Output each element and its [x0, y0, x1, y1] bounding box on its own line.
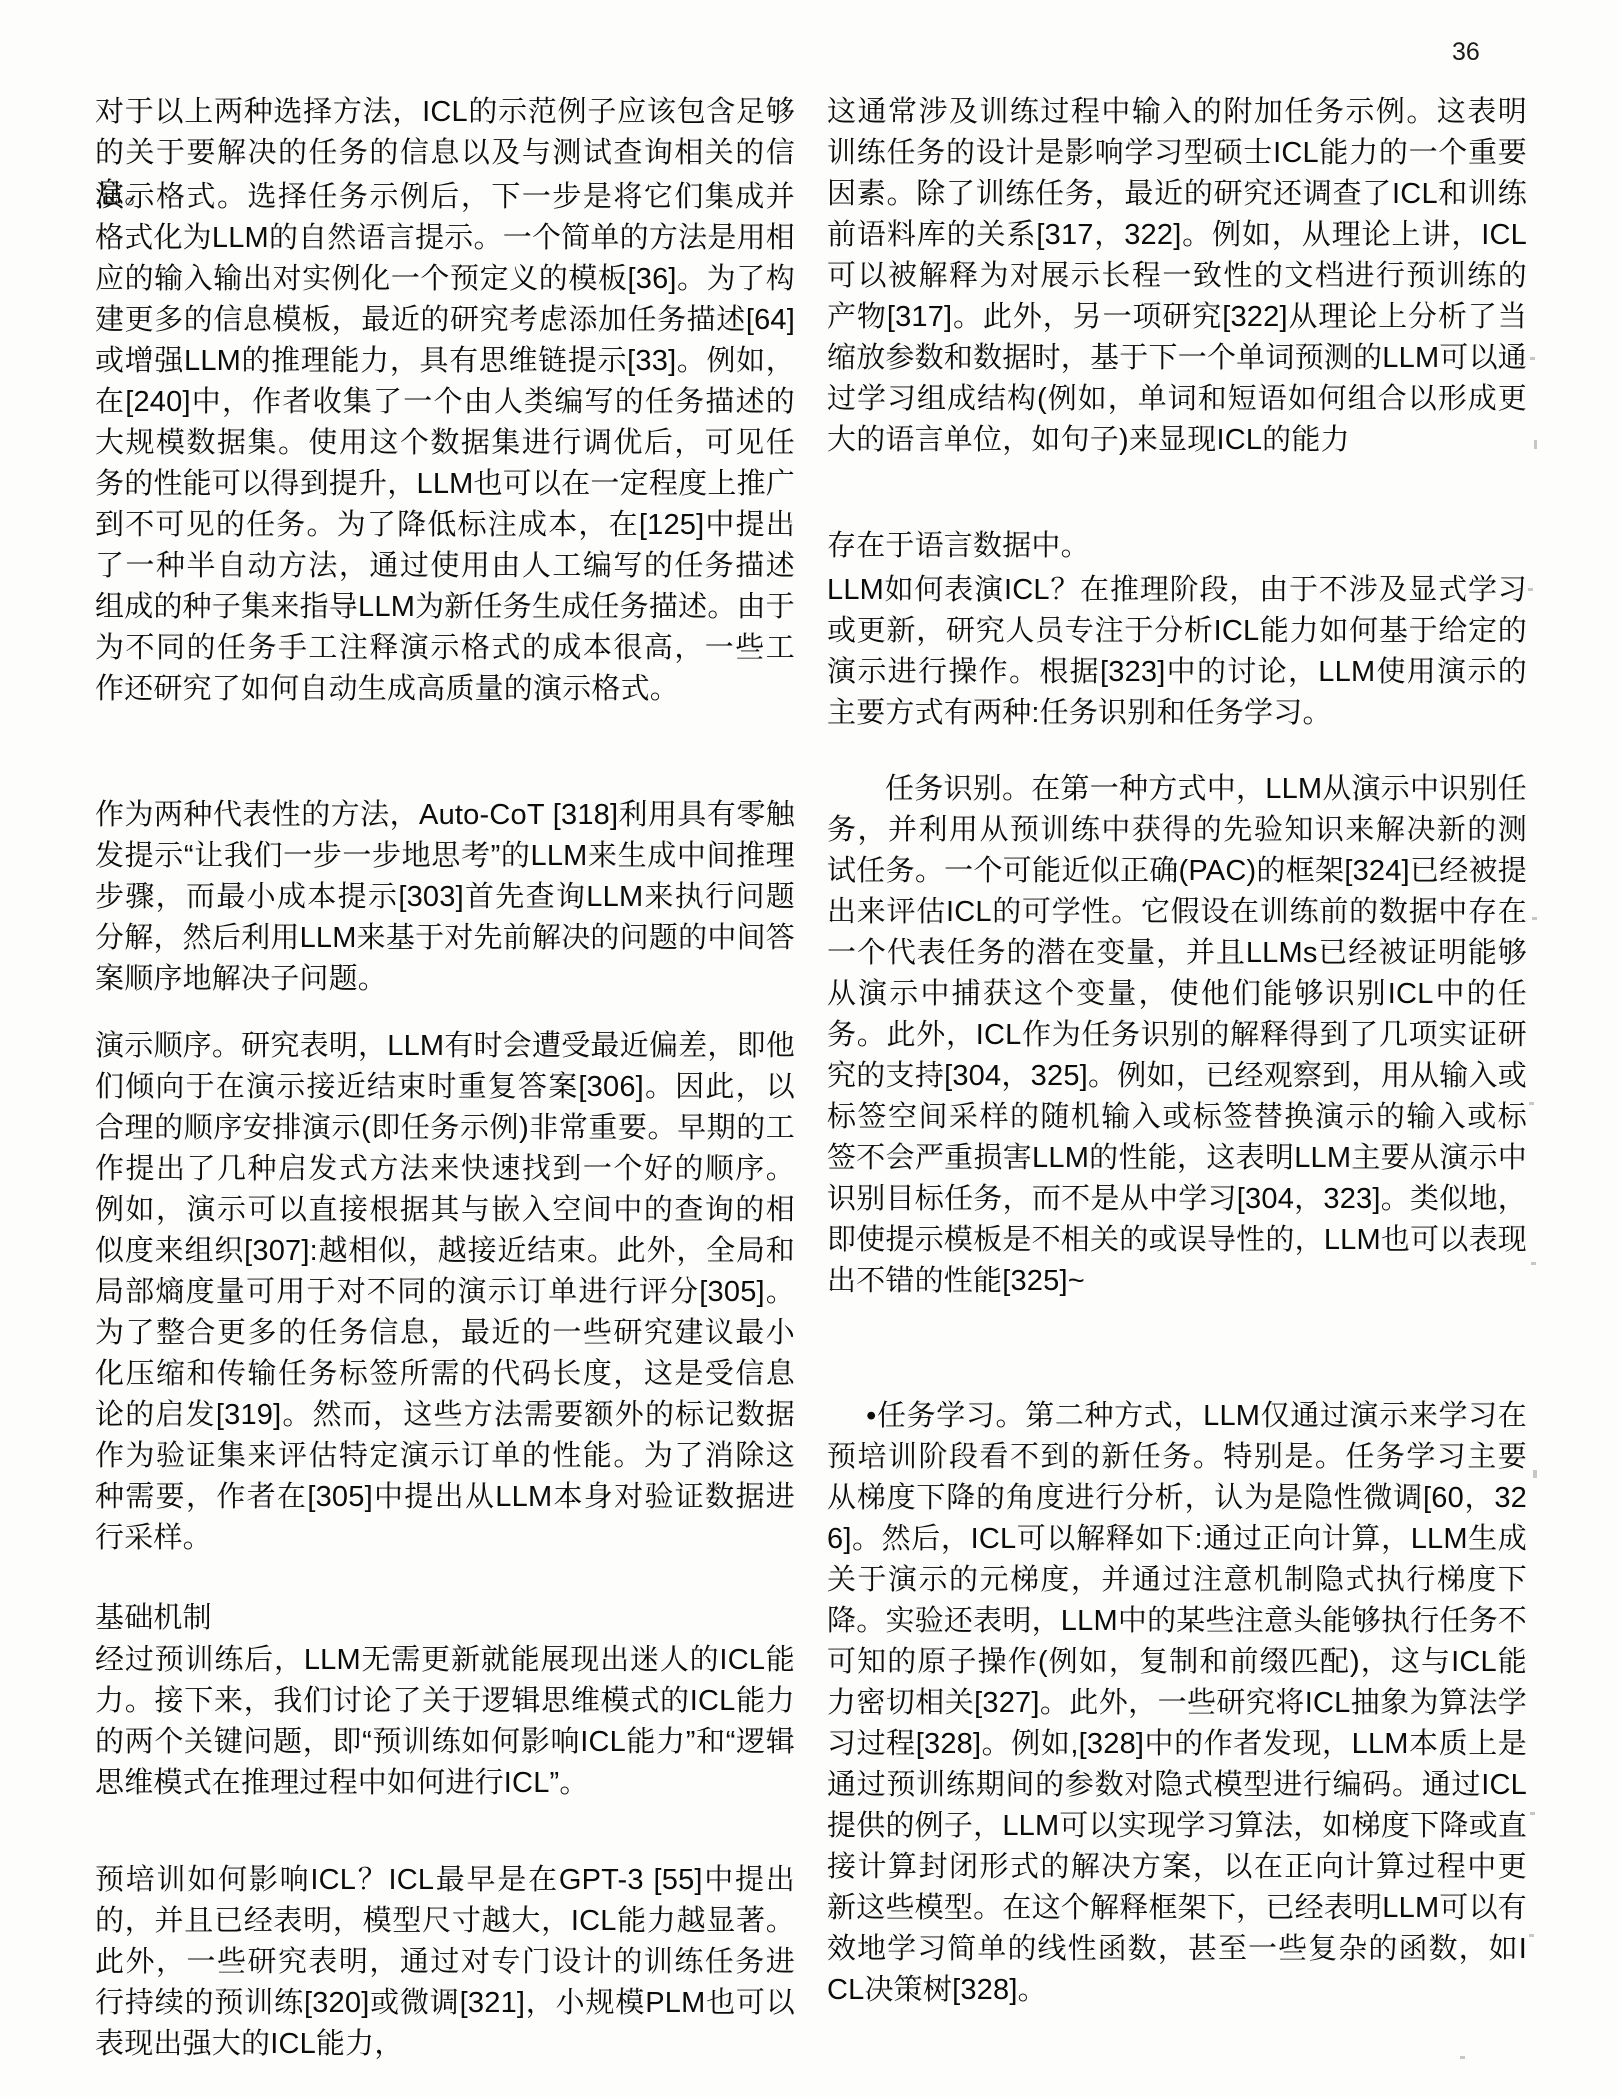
scan-artifact [1529, 1102, 1534, 1105]
scan-artifact [1530, 357, 1535, 360]
para-underlying-mechanism-intro: 经过预训练后，LLM无需更新就能展现出迷人的ICL能力。接下来，我们讨论了关于逻… [95, 1640, 795, 1804]
scan-artifact [1528, 588, 1533, 591]
scan-artifact [1533, 1470, 1537, 1478]
para-how-llm-performs-icl: LLM如何表演ICL？在推理阶段，由于不涉及显式学习或更新，研究人员专注于分析I… [827, 570, 1527, 734]
scan-artifact [1532, 917, 1537, 920]
para-pretraining-affects-icl: 预培训如何影响ICL？ICL最早是在GPT-3 [55]中提出的，并且已经表明，… [95, 1860, 795, 2065]
section-heading-underlying-mechanism: 基础机制 [95, 1598, 795, 1639]
page-number: 36 [1452, 38, 1480, 67]
scan-artifact [1530, 1812, 1535, 1815]
paper-page: 36 对于以上两种选择方法，ICL的示范例子应该包含足够的关于要解决的任务的信息… [0, 0, 1620, 2097]
scan-artifact [1534, 440, 1537, 449]
para-task-recognition: 任务识别。在第一种方式中，LLM从演示中识别任务，并利用从预训练中获得的先验知识… [827, 769, 1527, 1302]
para-training-task-design: 这通常涉及训练过程中输入的附加任务示例。这表明训练任务的设计是影响学习型硕士IC… [827, 92, 1527, 461]
para-demonstration-format: 演示格式。选择任务示例后，下一步是将它们集成并格式化为LLM的自然语言提示。一个… [95, 177, 795, 710]
scan-artifact [772, 1376, 777, 1379]
para-auto-cot-methods: 作为两种代表性的方法，Auto-CoT [318]利用具有零触发提示“让我们一步… [95, 795, 795, 1000]
scan-artifact [1529, 1934, 1534, 1937]
para-task-learning: •任务学习。第二种方式，LLM仅通过演示来学习在预培训阶段看不到的新任务。特别是… [827, 1396, 1527, 2011]
scan-artifact [1460, 2056, 1465, 2059]
scan-artifact [788, 520, 792, 523]
para-demonstration-order: 演示顺序。研究表明，LLM有时会遭受最近偏差，即他们倾向于在演示接近结束时重复答… [95, 1026, 795, 1559]
para-exists-in-language-data: 存在于语言数据中。 [827, 526, 1527, 567]
scan-artifact [1531, 1262, 1536, 1265]
